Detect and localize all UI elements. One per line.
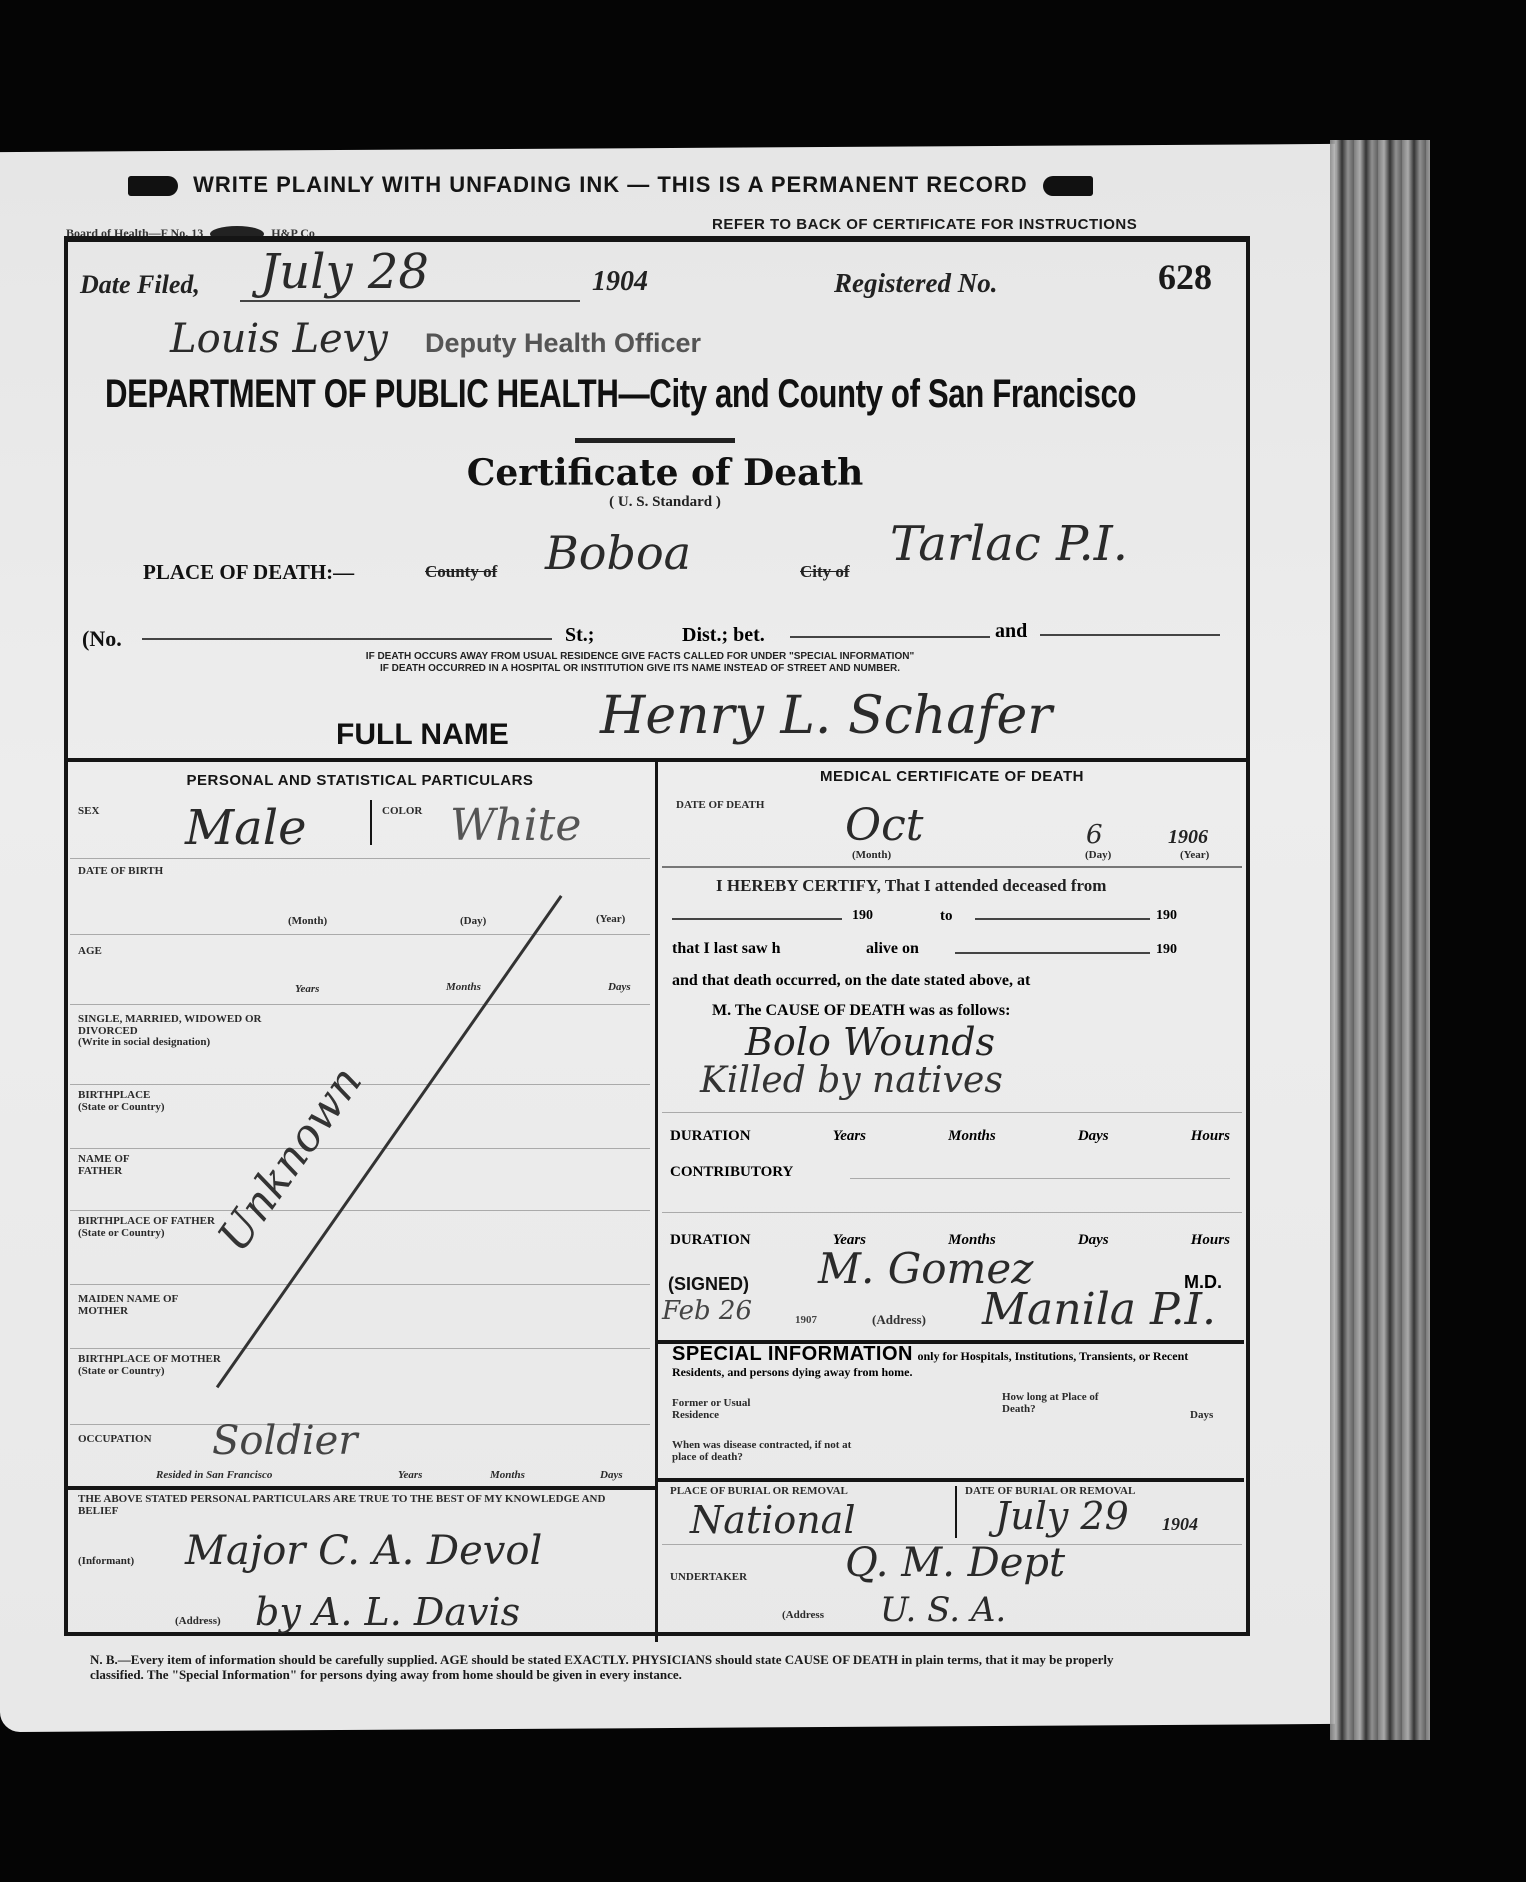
undertaker-address-label: (Address <box>782 1610 824 1622</box>
no-label: (No. <box>82 626 122 652</box>
st-label: St.; <box>565 624 594 647</box>
former-residence-label: Former or Usual Residence <box>672 1398 782 1421</box>
row-rule <box>70 858 650 859</box>
registered-label: Registered No. <box>834 268 997 299</box>
duration-years: Years <box>833 1128 866 1145</box>
father-name-label: NAME OF FATHER <box>78 1154 168 1177</box>
dod-month-caption: (Month) <box>852 850 891 862</box>
dob-label: DATE OF BIRTH <box>78 866 163 878</box>
dist-rule <box>790 636 990 638</box>
age-years-caption: Years <box>295 984 319 996</box>
age-label: AGE <box>78 946 102 958</box>
informant-label: (Informant) <box>78 1556 134 1568</box>
officer-title: Deputy Health Officer <box>425 328 701 359</box>
and-label: and <box>995 620 1027 643</box>
alive-on-text: alive on <box>866 940 919 958</box>
burial-place-value: National <box>690 1498 856 1542</box>
instructions-note: REFER TO BACK OF CERTIFICATE FOR INSTRUC… <box>712 216 1137 233</box>
range-190a: 190 <box>852 908 873 924</box>
cause-line-1: Bolo Wounds <box>745 1020 995 1064</box>
duration-days: Days <box>1078 1128 1109 1145</box>
occurred-text: and that death occurred, on the date sta… <box>672 972 1030 990</box>
footnote: N. B.—Every item of information should b… <box>90 1652 1140 1682</box>
row-rule <box>662 1112 1242 1113</box>
officer-signature: Louis Levy <box>170 316 388 362</box>
signed-address-label: (Address) <box>872 1312 926 1328</box>
row-rule <box>70 1284 650 1285</box>
signed-label: (SIGNED) <box>668 1274 749 1295</box>
burial-date-value: July 29 <box>995 1494 1129 1538</box>
dod-year: 1906 <box>1168 826 1208 849</box>
place-of-death-label: PLACE OF DEATH:— <box>143 560 354 585</box>
how-long-label: How long at Place of Death? <box>1002 1392 1122 1415</box>
dob-day-caption: (Day) <box>460 916 486 928</box>
row-rule <box>70 934 650 935</box>
mother-name-label: MAIDEN NAME OF MOTHER <box>78 1294 218 1317</box>
date-filed-year: 1904 <box>592 266 648 298</box>
row-rule <box>70 1424 650 1425</box>
dod-year-caption: (Year) <box>1180 850 1209 862</box>
contracted-label: When was disease contracted, if not at p… <box>672 1440 872 1463</box>
sex-color-divider <box>370 800 372 845</box>
title-divider <box>575 438 735 443</box>
informant-divider <box>68 1486 658 1490</box>
mother-birthplace-text: BIRTHPLACE OF MOTHER <box>78 1354 228 1366</box>
burial-divider-vertical <box>955 1486 957 1538</box>
date-filed-value: July 28 <box>260 244 429 300</box>
banner-text: WRITE PLAINLY WITH UNFADING INK — THIS I… <box>193 172 1028 197</box>
age-months-caption: Months <box>446 982 481 994</box>
informant-address-label: (Address) <box>175 1616 221 1628</box>
special-header: SPECIAL INFORMATION only for Hospitals, … <box>672 1346 1237 1380</box>
resided-label: Resided in San Francisco <box>156 1470 272 1482</box>
duration-row-1: DURATION Years Months Days Hours <box>670 1128 1230 1145</box>
book-page-edges <box>1330 140 1430 1740</box>
dob-month-caption: (Month) <box>288 916 327 928</box>
dod-label: DATE OF DEATH <box>676 800 764 812</box>
registered-number: 628 <box>1158 256 1212 298</box>
sex-label: SEX <box>78 806 99 818</box>
row-rule <box>70 1210 650 1211</box>
and-rule <box>1040 634 1220 636</box>
dob-year-caption: (Year) <box>596 914 625 926</box>
occupation-value: Soldier <box>212 1418 357 1464</box>
full-name-label: FULL NAME <box>336 718 509 752</box>
range-to: to <box>940 908 953 925</box>
signed-address-value: Manila P.I. <box>982 1284 1216 1335</box>
column-divider <box>655 762 658 1642</box>
last-saw-text: that I last saw h <box>672 940 780 958</box>
undertaker-value: Q. M. Dept <box>845 1540 1065 1586</box>
mother-birthplace-note: (State or Country) <box>78 1366 228 1378</box>
dist-label: Dist.; bet. <box>682 624 765 647</box>
county-value: Boboa <box>545 526 691 580</box>
banner: WRITE PLAINLY WITH UNFADING INK — THIS I… <box>120 172 1101 198</box>
date-filed-label: Date Filed, <box>80 270 200 300</box>
father-birthplace-label: BIRTHPLACE OF FATHER (State or Country) <box>78 1216 228 1239</box>
contributory-rule <box>850 1178 1230 1179</box>
certificate-title: Certificate of Death <box>0 452 1330 494</box>
special-title: SPECIAL INFORMATION <box>672 1343 913 1365</box>
father-birthplace-text: BIRTHPLACE OF FATHER <box>78 1216 228 1228</box>
burial-divider <box>658 1478 1244 1482</box>
certify-text: I HEREBY CERTIFY, That I attended deceas… <box>716 876 1106 896</box>
row-rule <box>662 1212 1242 1213</box>
full-name-value: Henry L. Schafer <box>600 686 1052 746</box>
dod-day-caption: (Day) <box>1085 850 1111 862</box>
address-note-line2: IF DEATH OCCURRED IN A HOSPITAL OR INSTI… <box>230 663 1050 675</box>
color-label: COLOR <box>382 806 422 818</box>
duration-label: DURATION <box>670 1232 751 1249</box>
from-rule <box>672 918 842 920</box>
signed-date: Feb 26 <box>662 1296 752 1326</box>
no-rule <box>142 638 552 640</box>
address-note-line1: IF DEATH OCCURS AWAY FROM USUAL RESIDENC… <box>230 651 1050 663</box>
mother-birthplace-label: BIRTHPLACE OF MOTHER (State or Country) <box>78 1354 228 1377</box>
occupation-label: OCCUPATION <box>78 1434 152 1446</box>
city-value: Tarlac P.I. <box>890 516 1128 572</box>
duration-hours: Hours <box>1191 1128 1230 1145</box>
duration-months: Months <box>948 1128 996 1145</box>
undertaker-address-value: U. S. A. <box>880 1590 1006 1630</box>
to-rule <box>975 918 1150 920</box>
birthplace-note: (State or Country) <box>78 1102 165 1114</box>
contributory-label: CONTRIBUTORY <box>670 1164 793 1181</box>
marital-label: SINGLE, MARRIED, WIDOWED OR DIVORCED (Wr… <box>78 1014 318 1049</box>
medical-header: MEDICAL CERTIFICATE OF DEATH <box>662 768 1242 785</box>
pointing-hand-icon <box>128 176 178 196</box>
county-label: County of <box>425 562 497 582</box>
undertaker-label: UNDERTAKER <box>670 1572 747 1584</box>
birthplace-label-text: BIRTHPLACE <box>78 1090 165 1102</box>
dod-day: 6 <box>1086 820 1103 850</box>
duration-hours: Hours <box>1191 1232 1230 1249</box>
color-value: White <box>450 800 581 851</box>
range-190b: 190 <box>1156 908 1177 924</box>
birthplace-label: BIRTHPLACE (State or Country) <box>78 1090 165 1113</box>
informant-value: Major C. A. Devol <box>185 1528 542 1574</box>
row-rule <box>70 1148 650 1149</box>
days-label: Days <box>1190 1410 1213 1422</box>
row-rule <box>70 1004 650 1005</box>
cause-line-2: Killed by natives <box>700 1060 1003 1101</box>
certificate-standard: ( U. S. Standard ) <box>0 494 1330 511</box>
marital-label-text: SINGLE, MARRIED, WIDOWED OR DIVORCED <box>78 1014 318 1037</box>
date-filed-rule <box>240 300 580 302</box>
signed-year: 1907 <box>795 1314 817 1326</box>
department-title: DEPARTMENT OF PUBLIC HEALTH—City and Cou… <box>105 372 1136 417</box>
row-rule <box>662 866 1242 868</box>
resided-months: Months <box>490 1470 525 1482</box>
personal-header: PERSONAL AND STATISTICAL PARTICULARS <box>70 772 650 789</box>
burial-date-year: 1904 <box>1162 1514 1198 1535</box>
duration-days: Days <box>1078 1232 1109 1249</box>
pointing-hand-icon <box>1043 176 1093 196</box>
marital-note: (Write in social designation) <box>78 1037 318 1049</box>
duration-label: DURATION <box>670 1128 751 1145</box>
resided-days: Days <box>600 1470 623 1482</box>
address-note: IF DEATH OCCURS AWAY FROM USUAL RESIDENC… <box>230 651 1050 675</box>
row-rule <box>70 1348 650 1349</box>
alive-190: 190 <box>1156 942 1177 958</box>
father-birthplace-note: (State or Country) <box>78 1228 228 1240</box>
informant-statement: THE ABOVE STATED PERSONAL PARTICULARS AR… <box>78 1494 648 1517</box>
cause-intro: M. The CAUSE OF DEATH was as follows: <box>712 1002 1010 1020</box>
sex-value: Male <box>185 800 307 856</box>
informant-address-value: by A. L. Davis <box>255 1590 520 1634</box>
city-label: City of <box>800 562 850 582</box>
dod-month: Oct <box>845 800 923 851</box>
alive-rule <box>955 952 1150 954</box>
burial-place-label: PLACE OF BURIAL OR REMOVAL <box>670 1486 848 1498</box>
resided-years: Years <box>398 1470 422 1482</box>
age-days-caption: Days <box>608 982 631 994</box>
